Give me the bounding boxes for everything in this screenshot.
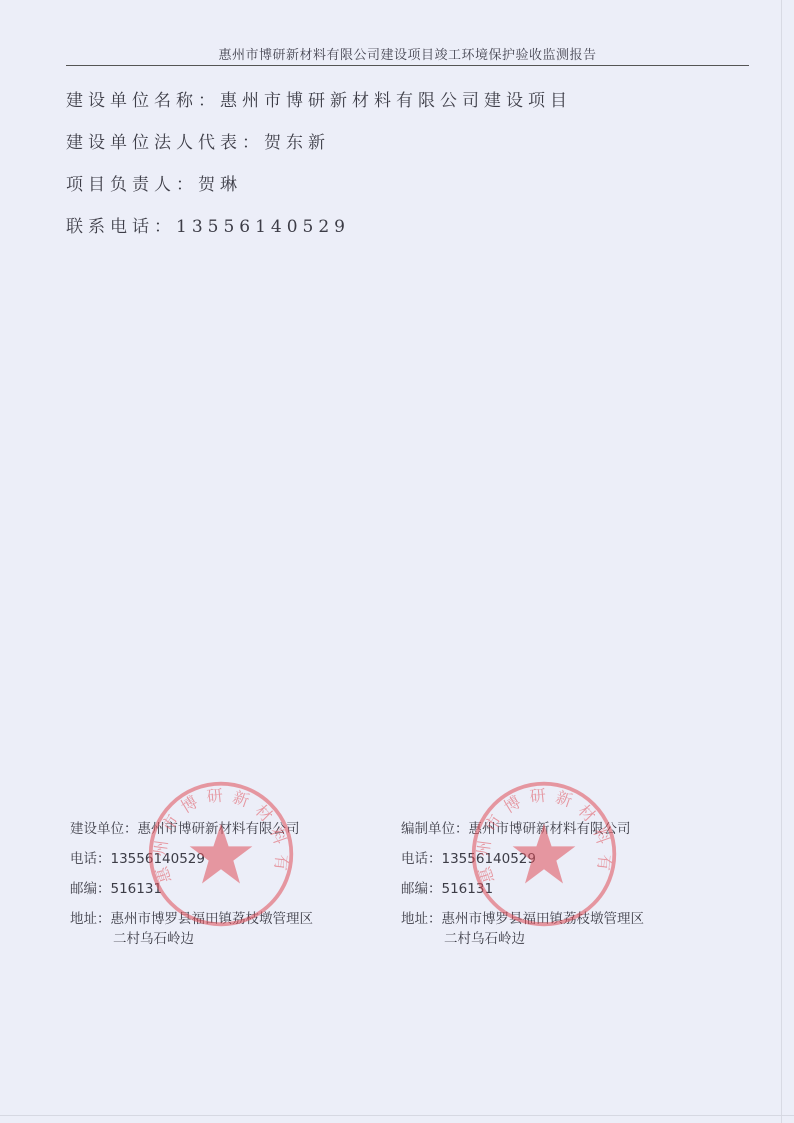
comp-unit-label: 编制单位： (401, 821, 469, 837)
comp-address-label: 地址： (401, 911, 442, 927)
phone-row: 联系电话：13556140529 (66, 212, 572, 254)
compiling-unit-block: 编制单位：惠州市博研新材料有限公司 电话：13556140529 邮编：5161… (401, 818, 644, 958)
project-lead-row: 项目负责人：贺琳 (66, 170, 572, 212)
legal-rep-value: 贺东新 (264, 133, 330, 153)
comp-phone-value: 13556140529 (442, 851, 536, 867)
project-info: 建设单位名称：惠州市博研新材料有限公司建设项目 建设单位法人代表：贺东新 项目负… (66, 86, 572, 254)
legal-rep-row: 建设单位法人代表：贺东新 (66, 128, 572, 170)
cu-postcode-value: 516131 (111, 881, 163, 897)
cu-address-label: 地址： (70, 911, 111, 927)
cu-unit-label: 建设单位： (70, 821, 138, 837)
cu-phone-label: 电话： (70, 851, 111, 867)
cu-address-line1: 惠州市博罗县福田镇荔枝墩管理区 (111, 911, 314, 927)
construction-unit-block: 建设单位：惠州市博研新材料有限公司 电话：13556140529 邮编：5161… (70, 818, 313, 958)
phone-value: 13556140529 (176, 217, 350, 237)
project-lead-label: 项目负责人： (66, 175, 198, 195)
unit-name-row: 建设单位名称：惠州市博研新材料有限公司建设项目 (66, 86, 572, 128)
cu-postcode-label: 邮编： (70, 881, 111, 897)
unit-name-value: 惠州市博研新材料有限公司建设项目 (220, 91, 572, 111)
comp-address-line1: 惠州市博罗县福田镇荔枝墩管理区 (442, 911, 645, 927)
comp-unit-value: 惠州市博研新材料有限公司 (469, 821, 631, 837)
phone-label: 联系电话： (66, 217, 176, 237)
comp-address-line2: 二村乌石岭边 (444, 931, 525, 947)
page-edge (781, 0, 782, 1123)
page-bottom-edge (0, 1115, 794, 1116)
cu-address-line2: 二村乌石岭边 (113, 931, 194, 947)
cu-unit-value: 惠州市博研新材料有限公司 (138, 821, 300, 837)
unit-name-label: 建设单位名称： (66, 91, 220, 111)
comp-phone-label: 电话： (401, 851, 442, 867)
comp-postcode-value: 516131 (442, 881, 494, 897)
comp-postcode-label: 邮编： (401, 881, 442, 897)
project-lead-value: 贺琳 (198, 175, 242, 195)
cu-phone-value: 13556140529 (111, 851, 205, 867)
legal-rep-label: 建设单位法人代表： (66, 133, 264, 153)
page-header: 惠州市博研新材料有限公司建设项目竣工环境保护验收监测报告 (66, 44, 749, 66)
